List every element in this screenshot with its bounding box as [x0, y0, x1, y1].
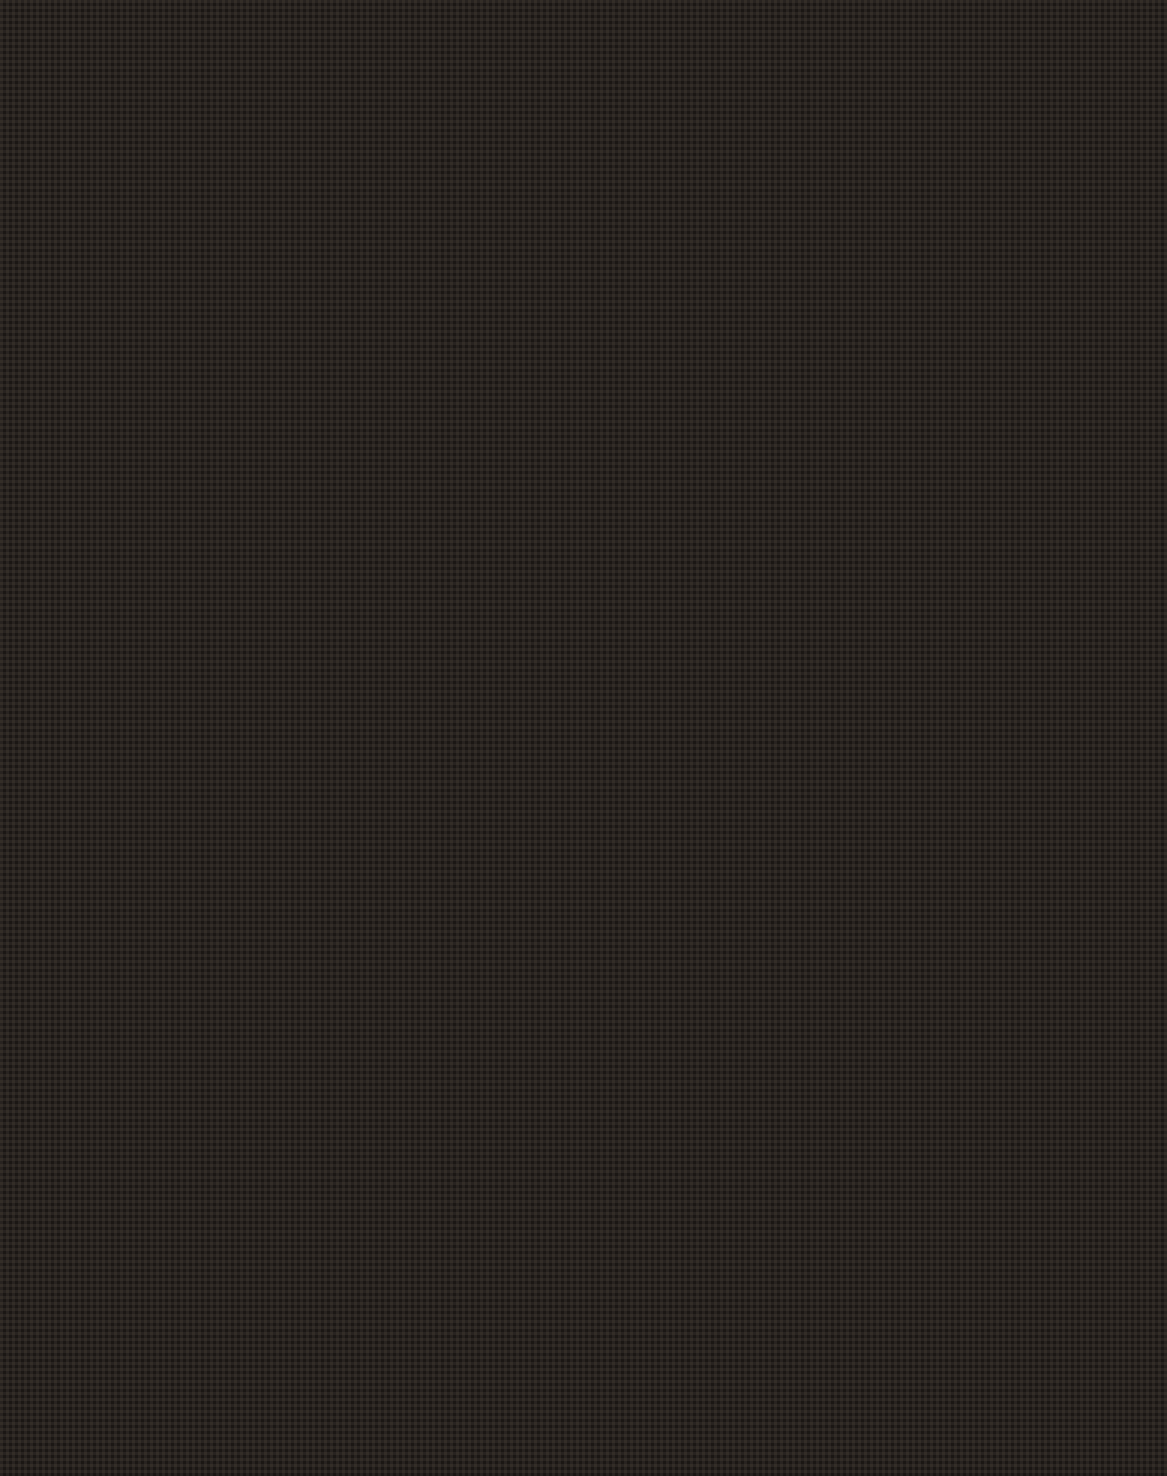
- scene-canvas: [0, 0, 1167, 1476]
- frame-fabric: [0, 0, 1167, 1476]
- photograph-manuscript-mount: [0, 0, 1167, 1476]
